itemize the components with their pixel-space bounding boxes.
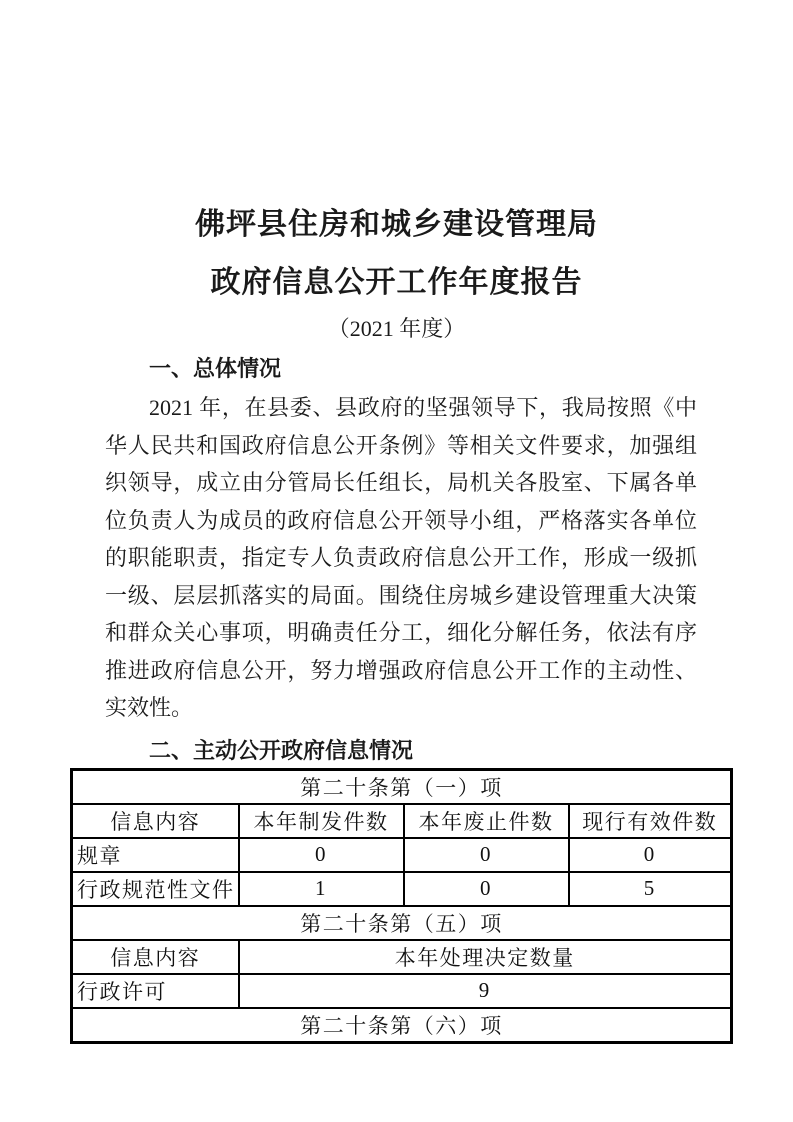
regulations-label: 规章: [72, 838, 239, 872]
section-2-heading: 二、主动公开政府信息情况: [149, 738, 730, 764]
document-title-line2: 政府信息公开工作年度报告: [0, 263, 793, 303]
table-row-regulations: 规章 0 0 0: [72, 838, 732, 872]
item1-header-repealed: 本年废止件数: [404, 804, 569, 838]
table-row-item1-title: 第二十条第（一）项: [72, 769, 732, 804]
item1-title-cell: 第二十条第（一）项: [72, 769, 732, 804]
table-row-item5-title: 第二十条第（五）项: [72, 906, 732, 940]
item5-title-cell: 第二十条第（五）项: [72, 906, 732, 940]
normative-docs-made-value: 1: [239, 872, 404, 906]
item1-header-made: 本年制发件数: [239, 804, 404, 838]
document-subtitle-year: （2021 年度）: [0, 316, 793, 342]
admin-license-value: 9: [239, 974, 732, 1008]
item1-header-valid: 现行有效件数: [569, 804, 732, 838]
table-row-normative-documents: 行政规范性文件 1 0 5: [72, 872, 732, 906]
regulations-repealed-value: 0: [404, 838, 569, 872]
item6-title-cell: 第二十条第（六）项: [72, 1008, 732, 1043]
disclosure-table: 第二十条第（一）项 信息内容 本年制发件数 本年废止件数 现行有效件数 规章 0…: [70, 768, 733, 1044]
regulations-made-value: 0: [239, 838, 404, 872]
normative-docs-repealed-value: 0: [404, 872, 569, 906]
section-1-heading: 一、总体情况: [149, 356, 730, 382]
normative-docs-valid-value: 5: [569, 872, 732, 906]
table-row-item1-header: 信息内容 本年制发件数 本年废止件数 现行有效件数: [72, 804, 732, 838]
regulations-valid-value: 0: [569, 838, 732, 872]
item5-header-content: 信息内容: [72, 940, 239, 974]
table-row-administrative-license: 行政许可 9: [72, 974, 732, 1008]
overview-paragraph: 2021 年，在县委、县政府的坚强领导下，我局按照《中华人民共和国政府信息公开条…: [105, 389, 697, 727]
table-row-item5-header: 信息内容 本年处理决定数量: [72, 940, 732, 974]
admin-license-label: 行政许可: [72, 974, 239, 1008]
normative-docs-label: 行政规范性文件: [72, 872, 239, 906]
document-title-line1: 佛坪县住房和城乡建设管理局: [0, 205, 793, 245]
item1-header-content: 信息内容: [72, 804, 239, 838]
item5-header-decisions: 本年处理决定数量: [239, 940, 732, 974]
table-row-item6-title: 第二十条第（六）项: [72, 1008, 732, 1043]
document-page: 佛坪县住房和城乡建设管理局 政府信息公开工作年度报告 （2021 年度） 一、总…: [0, 0, 793, 1122]
